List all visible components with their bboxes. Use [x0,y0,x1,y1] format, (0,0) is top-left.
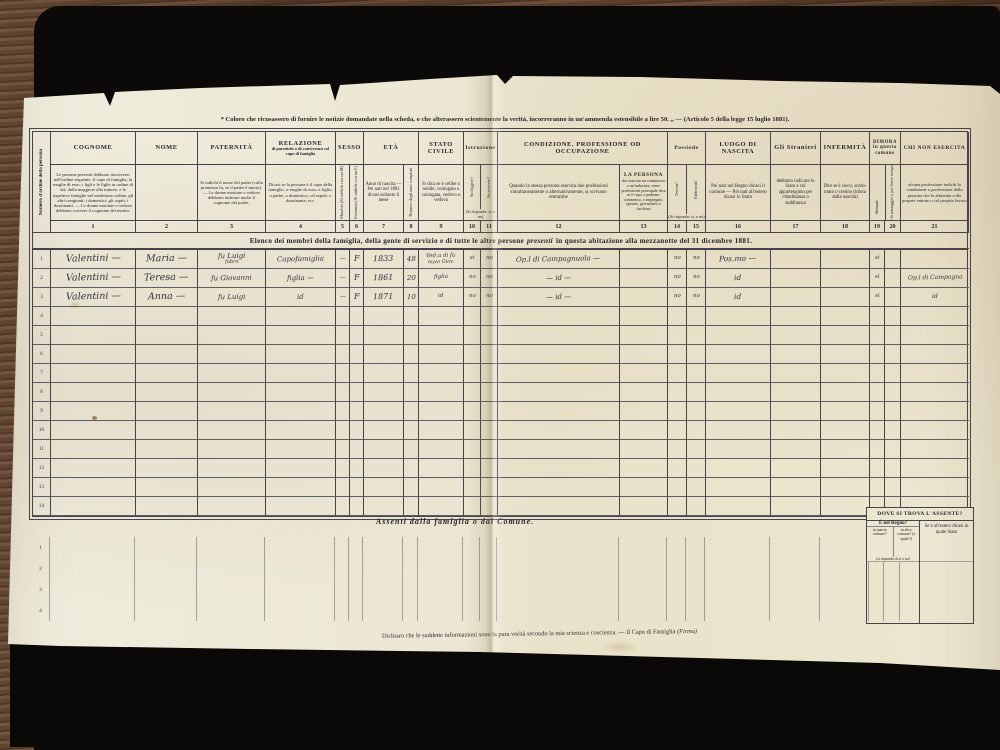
cell-occ [885,421,901,440]
cell-persona [620,402,668,421]
cell-persona [620,478,668,497]
cell-nome [136,497,198,516]
cell-occ [885,345,901,364]
cell-paternita [198,459,266,478]
col-stato-label: STATO CIVILE [419,132,464,165]
cell-stato [419,383,464,402]
cell-f [350,421,364,440]
cell-n: 3 [33,288,51,307]
col-luogo-label: LUOGO DI NASCITA [706,132,771,165]
cell-ter [668,478,687,497]
col-nome-note [136,165,198,221]
cell-luogo: id [706,288,771,307]
cell-paternita [198,307,266,326]
fold-crease [468,74,514,666]
cell-cond: — id — [498,288,620,307]
cell-nome: Teresa — [136,269,198,288]
cell-chinon [901,402,969,421]
cell-nome [136,364,198,383]
cell-anni [404,345,419,364]
cell-nome [136,326,198,345]
assenti-cell-cognome [50,558,135,579]
assenti-cell-paternita [197,600,265,621]
assenti-cell-ter [667,537,686,558]
cell-luogo [706,364,771,383]
cell-f: F [350,250,364,269]
col-possiede-note: Terreni? Fabbricati? (Si risponda: sì, o… [668,165,706,221]
cell-stato [419,402,464,421]
cell-persona [620,364,668,383]
cell-f [350,497,364,516]
cell-m [336,478,350,497]
cell-cognome: Valentini — [51,288,136,307]
assenti-cell-cognome [50,537,135,558]
cell-m: — [336,288,350,307]
cell-anno [364,307,404,326]
cell-chinon [901,364,969,383]
cell-inf [821,269,870,288]
cell-stato: figlia [419,269,464,288]
cell-chinon [901,383,969,402]
assenti-cell-persona [619,600,667,621]
cell-ab [870,383,885,402]
assenti-cell-f [349,579,363,600]
assenti-cell-m [335,537,349,558]
cell-luogo [706,383,771,402]
assenti-cell-m [335,558,349,579]
cell-cognome [51,440,136,459]
assenti-cell-paternita [197,537,265,558]
cell-chinon [901,326,969,345]
cell-ter [668,364,687,383]
assenti-cell-paternita [197,558,265,579]
dove-q2: in altro comune? (e quale?) [894,527,920,557]
cell-stran [771,497,821,516]
cell-fab: no [687,288,706,307]
cell-fab [687,497,706,516]
cell-nome: Maria — [136,250,198,269]
col-eta-anni: Numero degli anni compiuti [409,168,414,217]
assenti-cell-stran [770,579,820,600]
cell-anno [364,345,404,364]
col-infermita-note: Dire se è cieco, sordo-muto o cretino (i… [821,165,870,221]
col-nome-label: NOME [136,132,198,165]
cell-luogo [706,478,771,497]
cell-m [336,440,350,459]
cell-n: 2 [33,269,51,288]
cell-m: — [336,269,350,288]
cell-n: 7 [33,364,51,383]
assenti-cell-cond [497,579,619,600]
cell-f [350,345,364,364]
cell-cond [498,326,620,345]
cell-relazione [266,421,336,440]
cell-cond [498,345,620,364]
cell-inf [821,326,870,345]
cell-nome [136,307,198,326]
col-condizione-note: Quando la stessa persona esercita due pr… [498,165,620,221]
cell-nome [136,345,198,364]
assenti-cell-relazione [265,537,335,558]
cell-paternita [198,440,266,459]
assenti-cell-luogo [705,579,770,600]
cell-m [336,497,350,516]
cell-persona [620,497,668,516]
cell-inf [821,383,870,402]
cell-chinon: Op.l di Campagna [901,269,969,288]
assenti-cell-nome [135,558,197,579]
cell-ter [668,421,687,440]
cell-anni [404,402,419,421]
cell-paternita [198,364,266,383]
cell-stato [419,497,464,516]
cell-m [336,326,350,345]
assenti-cell-stran [770,537,820,558]
cell-stato: id [419,288,464,307]
dove-box: DOVE SI TROVA L'ASSENTE? È nel Regno? in… [866,507,974,624]
cell-anno [364,459,404,478]
cell-fab [687,478,706,497]
cell-stran [771,383,821,402]
cell-stran [771,440,821,459]
assenti-cell-stato [418,558,463,579]
assenti-cell-anni [403,537,418,558]
assenti-cell-cond [497,600,619,621]
cell-luogo [706,459,771,478]
assenti-cell-f [349,600,363,621]
cell-chinon [901,459,969,478]
cell-luogo [706,497,771,516]
cell-relazione [266,326,336,345]
assenti-cell-n: 1 [32,537,50,558]
cell-anni [404,440,419,459]
cell-luogo [706,326,771,345]
cell-paternita: fu Giovanni [198,269,266,288]
cell-relazione: figlia — [266,269,336,288]
cell-cognome [51,497,136,516]
cell-inf [821,288,870,307]
col-chinon-label: CHI NON ESERCITA [901,132,969,165]
cell-n: 1 [33,250,51,269]
cell-relazione [266,383,336,402]
assenti-cell-nome [135,579,197,600]
assenti-cell-fab [686,579,705,600]
cell-occ [885,288,901,307]
cell-stran [771,269,821,288]
dove-q1: in questo comune? [867,527,894,557]
cell-n: 13 [33,478,51,497]
col-paternita-note: Si indichi il nome del padre (colla prem… [198,165,266,221]
col-stranieri-label: Gli Stranieri [771,132,821,165]
cell-stato [419,478,464,497]
cell-cond [498,421,620,440]
assenti-cell-cond [497,558,619,579]
cell-paternita [198,421,266,440]
cell-persona [620,345,668,364]
cell-cognome [51,364,136,383]
cell-anni: 48 [404,250,419,269]
cell-m [336,402,350,421]
cell-ab: sì [870,288,885,307]
cell-nome [136,402,198,421]
assenti-cell-n: 3 [32,579,50,600]
cell-cond [498,459,620,478]
assenti-cell-m [335,600,349,621]
cell-n: 14 [33,497,51,516]
cell-ab: sì [870,250,885,269]
cell-ter [668,402,687,421]
cell-anni [404,421,419,440]
cell-ter: no [668,250,687,269]
cell-relazione [266,402,336,421]
assenti-cell-anno [363,537,403,558]
cell-cognome [51,478,136,497]
col-sesso-label: SESSO [336,132,364,165]
cell-inf [821,440,870,459]
assenti-cell-nome [135,537,197,558]
cell-anni [404,497,419,516]
cell-inf [821,364,870,383]
cell-ab [870,421,885,440]
cell-f: F [350,288,364,307]
cell-relazione [266,364,336,383]
assenti-cell-n: 2 [32,558,50,579]
cell-anni [404,364,419,383]
cell-cognome [51,326,136,345]
cell-luogo [706,421,771,440]
cell-stran [771,478,821,497]
cell-persona [620,383,668,402]
cell-luogo [706,307,771,326]
cell-m: — [336,250,350,269]
cell-persona [620,250,668,269]
cell-f [350,383,364,402]
assenti-cell-paternita [197,579,265,600]
cell-nome [136,440,198,459]
assenti-cell-cognome [50,579,135,600]
assenti-cell-relazione [265,600,335,621]
cell-luogo: id [706,269,771,288]
cell-paternita [198,478,266,497]
cell-persona [620,440,668,459]
cell-relazione [266,307,336,326]
dove-estero: Se è all'estero dicasi in quale Stato [920,521,973,561]
cell-stran [771,345,821,364]
assenti-cell-stato [418,537,463,558]
cell-f [350,440,364,459]
cell-stran [771,421,821,440]
assenti-cell-m [335,579,349,600]
assenti-cell-persona [619,537,667,558]
cell-paternita [198,326,266,345]
assenti-cell-stato [418,579,463,600]
cell-occ [885,307,901,326]
cell-cognome: Valentini — [51,250,136,269]
cell-fab [687,345,706,364]
cell-paternita: fu Luigifabro [198,250,266,269]
cell-relazione [266,440,336,459]
assenti-cell-n: 4 [32,600,50,621]
cell-anni [404,459,419,478]
cell-ter [668,497,687,516]
col-relazione-label: RELAZIONE di parentela o di convivenza c… [266,132,336,165]
cell-n: 10 [33,421,51,440]
cell-cond [498,440,620,459]
cell-anni: 20 [404,269,419,288]
cell-f [350,326,364,345]
cell-n: 9 [33,402,51,421]
assenti-cell-anno [363,558,403,579]
cell-n: 5 [33,326,51,345]
assenti-cell-cognome [50,600,135,621]
cell-inf [821,345,870,364]
cell-chinon: id [901,288,969,307]
col-cognome-label: COGNOME [51,132,136,165]
cell-ab [870,440,885,459]
cell-paternita [198,402,266,421]
cell-anno [364,326,404,345]
dove-title: DOVE SI TROVA L'ASSENTE? [867,508,973,521]
assenti-cell-anno [363,579,403,600]
cell-occ [885,478,901,497]
cell-anni: 10 [404,288,419,307]
cell-anni [404,383,419,402]
cell-chinon [901,345,969,364]
cell-paternita [198,345,266,364]
assenti-cell-f [349,537,363,558]
cell-m [336,345,350,364]
cell-cond [498,478,620,497]
assenti-cell-ter [667,600,686,621]
col-sesso-m: Maschio (Si indichi con un M) [340,166,345,219]
cell-relazione [266,478,336,497]
cell-relazione: id [266,288,336,307]
col-infermita-label: INFERMITÀ [821,132,870,165]
cell-stato [419,307,464,326]
cell-chinon [901,478,969,497]
cell-fab [687,364,706,383]
cell-ab [870,402,885,421]
cell-paternita: fu Luigi [198,288,266,307]
cell-paternita [198,383,266,402]
cell-anno: 1833 [364,250,404,269]
photo-scene: * Coloro che ricusassero di fornire le n… [0,0,1000,750]
cell-chinon [901,421,969,440]
cell-ter [668,326,687,345]
cell-f [350,402,364,421]
cell-nome [136,478,198,497]
cell-persona [620,288,668,307]
cell-cognome [51,307,136,326]
cell-cond [498,402,620,421]
cell-fab [687,440,706,459]
cell-occ [885,459,901,478]
stain [92,416,97,420]
cell-cognome [51,383,136,402]
col-luogo-note: Pei nati nel Regno dicasi il comune — Pe… [706,165,771,221]
cell-anno [364,497,404,516]
cell-m [336,421,350,440]
cell-ab [870,345,885,364]
assenti-cell-luogo [705,558,770,579]
cell-luogo [706,345,771,364]
assenti-cell-inf [820,537,869,558]
cell-occ [885,383,901,402]
cell-stato [419,440,464,459]
cell-inf [821,307,870,326]
assenti-cell-cond [497,537,619,558]
cell-chinon [901,307,969,326]
cell-f [350,478,364,497]
cell-ter: no [668,269,687,288]
cell-n: 8 [33,383,51,402]
assenti-cell-inf [820,558,869,579]
cell-cond: — id — [498,269,620,288]
assenti-cell-inf [820,579,869,600]
col-sesso-f: Femmina (Si indichi con un F) [354,166,359,219]
assenti-cell-anno [363,600,403,621]
cell-luogo: Pos.mo — [706,250,771,269]
cell-anno: 1861 [364,269,404,288]
cell-nome: Anna — [136,288,198,307]
cell-anno [364,421,404,440]
cell-ter [668,459,687,478]
cell-cognome [51,345,136,364]
cell-relazione [266,459,336,478]
cell-stato [419,345,464,364]
cell-fab [687,326,706,345]
cell-inf [821,459,870,478]
cell-stran [771,250,821,269]
stain [600,640,640,654]
cell-m [336,364,350,383]
cell-stato [419,459,464,478]
cell-anno [364,383,404,402]
col-eta-label: ETÀ [364,132,419,165]
assenti-cell-persona [619,558,667,579]
cell-ter: no [668,288,687,307]
cell-ab [870,364,885,383]
cell-paternita [198,497,266,516]
cell-f [350,364,364,383]
col-chinon-note: alcuna professione indichi la condizione… [901,165,969,221]
cell-fab [687,402,706,421]
cell-persona [620,421,668,440]
cell-ter [668,383,687,402]
cell-occ [885,440,901,459]
cell-f [350,307,364,326]
col-stato-note: Si dica se è celibe o nubile, coniugato … [419,165,464,221]
col-dimora-label: DIMORA in questo comune [870,132,901,165]
cell-occ [885,364,901,383]
col-eta-anno-note: Anno di nascita — Pei nati nel 1881 dica… [364,165,404,221]
assenti-cell-fab [686,558,705,579]
cell-stato [419,421,464,440]
cell-cond [498,383,620,402]
cell-relazione [266,345,336,364]
cell-luogo [706,402,771,421]
cell-n: 6 [33,345,51,364]
cell-inf [821,250,870,269]
cell-persona [620,307,668,326]
cell-ter [668,307,687,326]
cell-stato [419,364,464,383]
assenti-cell-ter [667,579,686,600]
cell-stato [419,326,464,345]
cell-inf [821,497,870,516]
cell-anno [364,478,404,497]
col-possiede-label: Possiede [668,132,706,165]
